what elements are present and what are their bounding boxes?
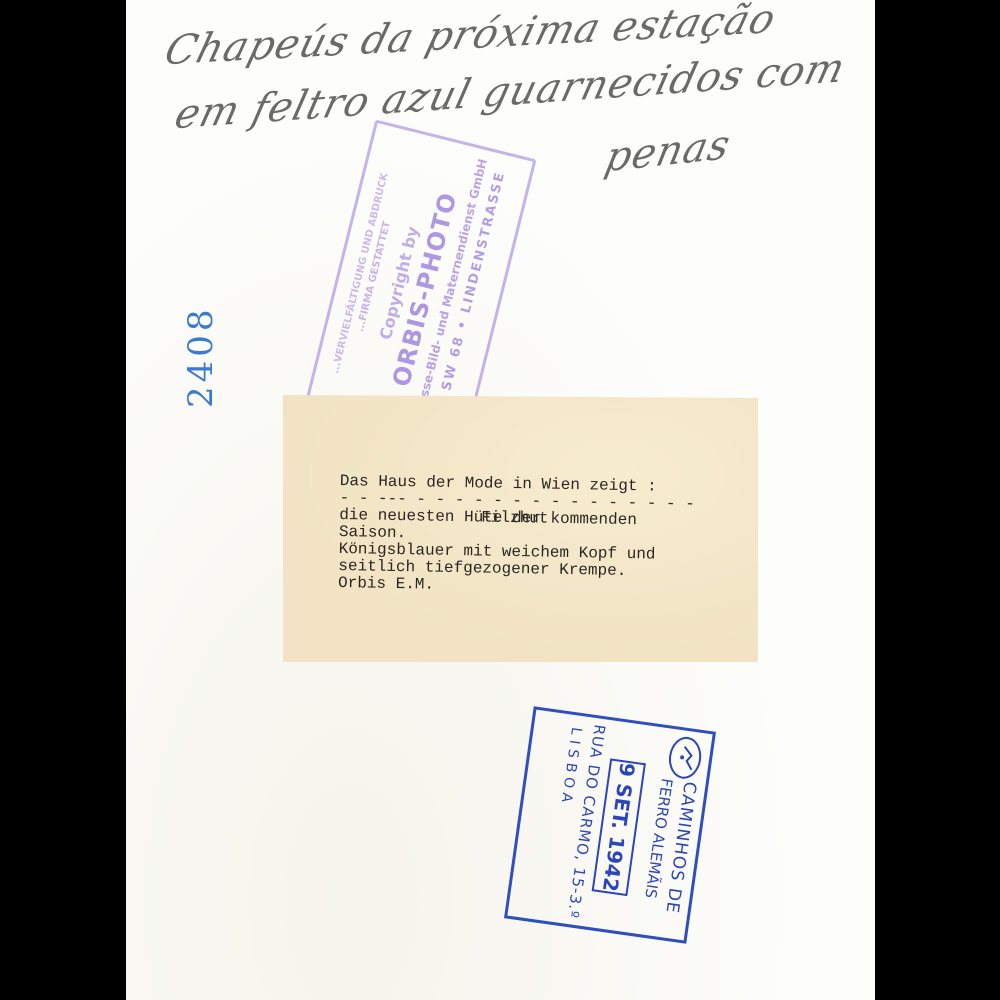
railway-emblem-icon <box>673 740 701 777</box>
handwritten-note-line-3: penas <box>601 121 735 181</box>
typed-caption-text: Das Haus der Mode in Wien zeigt :- - ---… <box>338 473 695 598</box>
railway-date-stamp: CAMINHOS DE FERRO ALEMÃIS 9 SET. 1942 RU… <box>504 706 716 944</box>
photo-reverse-paper: Chapeús da próxima estação em feltro azu… <box>126 0 875 1000</box>
railway-emblem-icon <box>666 735 704 781</box>
archive-number: 2408 <box>181 305 221 408</box>
typed-caption-label: Das Haus der Mode in Wien zeigt :- - ---… <box>283 395 758 662</box>
caption-insertion: Filzhut <box>481 509 549 527</box>
